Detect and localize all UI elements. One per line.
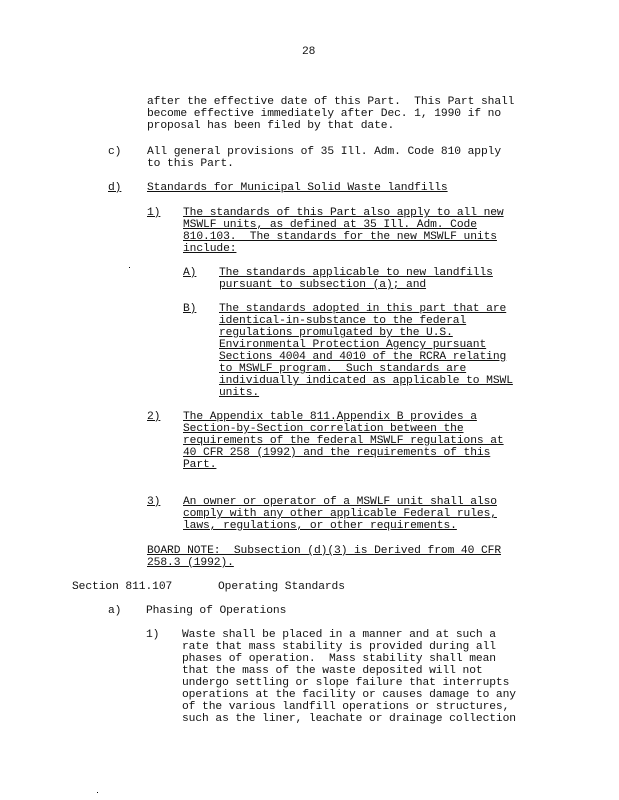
text-line: An owner or operator of a MSWLF unit sha… [183, 496, 497, 508]
item-label: B) [183, 303, 196, 315]
text-line: phases of operation. Mass stability shal… [182, 653, 496, 665]
text-line: operations at the facility or causes dam… [182, 689, 516, 701]
text-line: The Appendix table 811.Appendix B provid… [183, 411, 477, 423]
item-title: Standards for Municipal Solid Waste land… [147, 182, 448, 194]
text-line: rate that mass stability is provided dur… [182, 641, 496, 653]
text-line: individually indicated as applicable to … [219, 375, 513, 387]
text-line: BOARD NOTE: Subsection (d)(3) is Derived… [147, 545, 501, 557]
text-line: 40 CFR 258 (1992) and the requirements o… [183, 447, 490, 459]
item-title: Phasing of Operations [146, 605, 286, 617]
text-line: of the various landfill operations or st… [182, 701, 509, 713]
text-line: that the mass of the waste deposited wil… [182, 665, 483, 677]
item-label: c) [108, 146, 121, 158]
text-line: Sections 4004 and 4010 of the RCRA relat… [219, 351, 506, 363]
text-line: Section-by-Section correlation between t… [183, 423, 464, 435]
item-label: d) [108, 182, 121, 194]
item-label: 2) [147, 411, 160, 423]
scan-speck [97, 792, 98, 793]
text-line: identical-in-substance to the federal [219, 315, 466, 327]
text-line: include: [183, 243, 236, 255]
document-page: 28 after the effective date of this Part… [0, 0, 619, 800]
scan-speck [129, 267, 130, 268]
item-label: 1) [146, 629, 159, 641]
text-line: to this Part. [147, 158, 234, 170]
text-line: pursuant to subsection (a); and [219, 279, 426, 291]
text-line: Environmental Protection Agency pursuant [219, 339, 486, 351]
text-line: The standards applicable to new landfill… [219, 267, 493, 279]
text-line: 258.3 (1992). [147, 557, 234, 569]
text-line: The standards of this Part also apply to… [183, 207, 504, 219]
text-line: All general provisions of 35 Ill. Adm. C… [147, 146, 501, 158]
page-number: 28 [302, 46, 315, 58]
text-line: 810.103. The standards for the new MSWLF… [183, 231, 497, 243]
text-line: regulations promulgated by the U.S. [219, 327, 453, 339]
text-line: proposal has been filed by that date. [147, 120, 394, 132]
text-line: requirements of the federal MSWLF regula… [183, 435, 504, 447]
section-title: Operating Standards [218, 581, 345, 593]
text-line: undergo settling or slope failure that i… [182, 677, 509, 689]
section-number: Section 811.107 [72, 581, 172, 593]
text-line: Part. [183, 459, 216, 471]
text-line: Waste shall be placed in a manner and at… [182, 629, 496, 641]
text-line: MSWLF units, as defined at 35 Ill. Adm. … [183, 219, 477, 231]
item-label: 3) [147, 496, 160, 508]
text-line: after the effective date of this Part. T… [147, 96, 514, 108]
text-line: units. [219, 387, 259, 399]
item-label: a) [108, 605, 121, 617]
text-line: to MSWLF program. Such standards are [219, 363, 466, 375]
text-line: such as the liner, leachate or drainage … [182, 713, 516, 725]
text-line: become effective immediately after Dec. … [147, 108, 501, 120]
item-label: 1) [147, 207, 160, 219]
text-line: The standards adopted in this part that … [219, 303, 506, 315]
text-line: laws, regulations, or other requirements… [183, 520, 457, 532]
text-line: comply with any other applicable Federal… [183, 508, 497, 520]
item-label: A) [183, 267, 196, 279]
